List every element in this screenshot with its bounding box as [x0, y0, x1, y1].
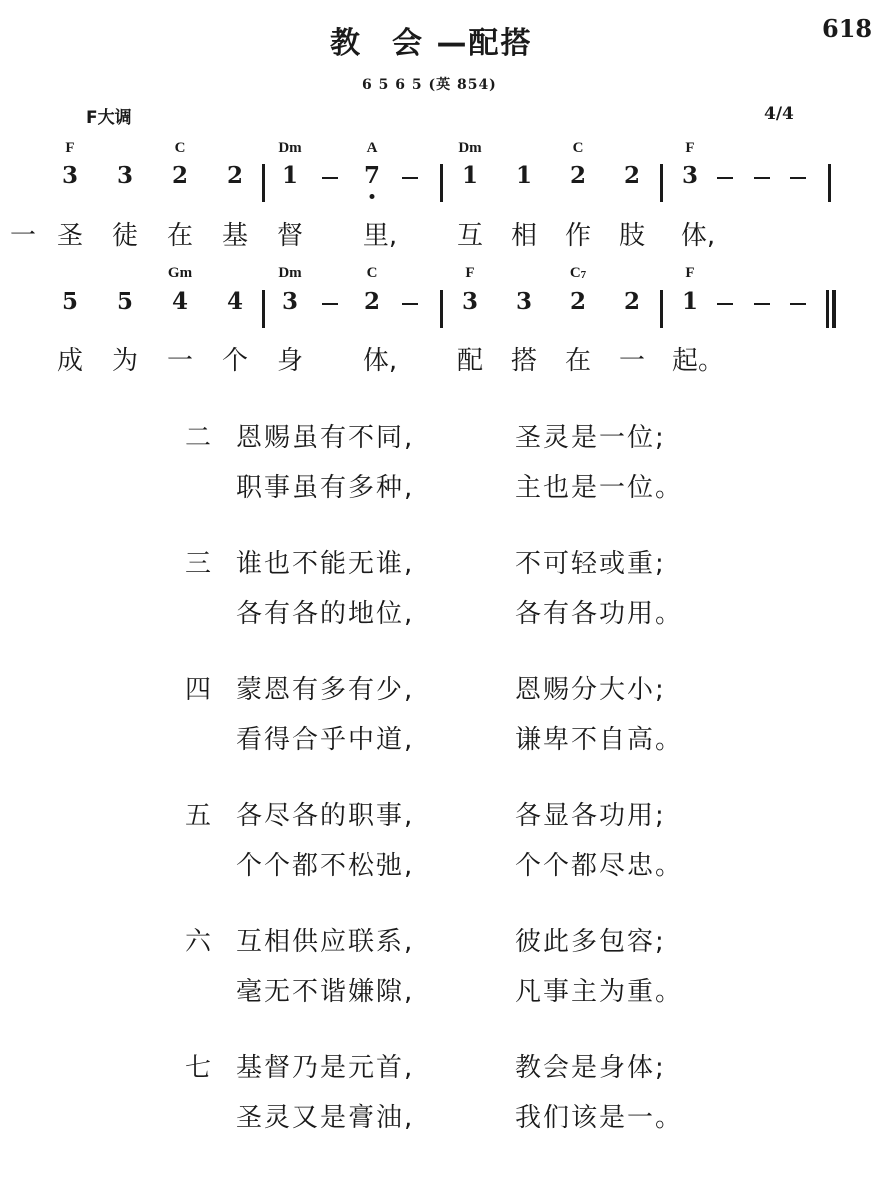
note-digit: 1 [282, 162, 298, 189]
verse-line-1a: 基督乃是元首, [236, 1047, 414, 1084]
chord-symbol: A [367, 140, 378, 157]
verse-number: 四 [185, 669, 213, 706]
verse-line-1b: 各显各功用; [515, 795, 666, 832]
chord-symbol: F [65, 140, 74, 157]
note-digit: 2 [624, 288, 640, 315]
bar-line [828, 164, 831, 202]
key-signature: F大调 [86, 103, 132, 128]
verse-number: 七 [185, 1047, 213, 1084]
lyric-syllable: 在 [167, 215, 193, 252]
note-digit: 2 [172, 162, 188, 189]
lyric-syllable: 在 [565, 340, 591, 377]
verse-number: 三 [185, 543, 213, 580]
hymn-title: 教会 —配搭 [330, 18, 532, 62]
note-digit: 4 [227, 288, 243, 315]
lyric-syllable: 身 [277, 340, 303, 377]
time-signature: 4/4 [764, 104, 794, 124]
bar-line [262, 164, 265, 202]
sustain-dash [322, 177, 338, 179]
bar-line [440, 164, 443, 202]
bar-line [440, 290, 443, 328]
chord-symbol: Dm [278, 140, 301, 157]
lyric-syllable: 互 [457, 215, 483, 252]
verse-line-2a: 毫无不谐嫌隙, [236, 971, 414, 1008]
note-digit: 2 [624, 162, 640, 189]
title-char-2: 会 [392, 26, 424, 61]
note-digit: 2 [227, 162, 243, 189]
sustain-dash [402, 177, 418, 179]
lyric-syllable: 一 [619, 340, 645, 377]
verse-line-1b: 教会是身体; [515, 1047, 666, 1084]
verse-line-1a: 互相供应联系, [236, 921, 414, 958]
note-digit: 3 [282, 288, 298, 315]
chord-symbol: C [175, 140, 186, 157]
verse-line-2a: 个个都不松弛, [236, 845, 414, 882]
verse-line-2b: 个个都尽忠。 [515, 845, 683, 882]
title-separator: — [436, 26, 468, 61]
verse-line-2b: 主也是一位。 [515, 467, 683, 504]
lyric-syllable: 里, [363, 215, 397, 252]
verse-line-2b: 谦卑不自高。 [515, 719, 683, 756]
note-digit: 3 [516, 288, 532, 315]
verse-number: 二 [185, 417, 213, 454]
note-digit: 1 [682, 288, 698, 315]
verse-line-2b: 各有各功用。 [515, 593, 683, 630]
chord-symbol: F [465, 265, 474, 282]
lyric-syllable: 体, [681, 215, 715, 252]
lyric-syllable: 起。 [672, 340, 724, 377]
verse-number: 一 [10, 215, 36, 252]
lyric-syllable: 基 [222, 215, 248, 252]
verse-line-2a: 圣灵又是膏油, [236, 1097, 414, 1134]
note-digit: 3 [682, 162, 698, 189]
verse-line-2a: 职事虽有多种, [236, 467, 414, 504]
verse-line-1a: 谁也不能无谁, [236, 543, 414, 580]
verse-line-2b: 凡事主为重。 [515, 971, 683, 1008]
note-digit: 3 [462, 288, 478, 315]
chord-symbol: C [367, 265, 378, 282]
lower-octave-dot [370, 194, 375, 199]
verse-line-1b: 彼此多包容; [515, 921, 666, 958]
sustain-dash [754, 177, 770, 179]
lyric-syllable: 搭 [511, 340, 537, 377]
verse-line-1a: 各尽各的职事, [236, 795, 414, 832]
lyric-syllable: 个 [222, 340, 248, 377]
lyric-syllable: 体, [363, 340, 397, 377]
verse-line-1b: 恩赐分大小; [515, 669, 666, 706]
lyric-syllable: 相 [511, 215, 537, 252]
verse-line-1b: 圣灵是一位; [515, 417, 666, 454]
note-digit: 1 [516, 162, 532, 189]
bar-line [660, 164, 663, 202]
verse-line-1a: 恩赐虽有不同, [236, 417, 414, 454]
meter-label: 6 5 6 5 (英 854) [362, 74, 497, 94]
chord-symbol: F [685, 265, 694, 282]
bar-line [262, 290, 265, 328]
lyric-syllable: 肢 [619, 215, 645, 252]
sustain-dash [402, 303, 418, 305]
chord-symbol: F [685, 140, 694, 157]
lyric-syllable: 配 [457, 340, 483, 377]
verse-line-1b: 不可轻或重; [515, 543, 666, 580]
sustain-dash [717, 303, 733, 305]
lyric-syllable: 督 [277, 215, 303, 252]
bar-line [660, 290, 663, 328]
title-char-1: 教 [330, 26, 362, 61]
chord-symbol: C7 [570, 265, 586, 282]
note-digit: 2 [570, 288, 586, 315]
chord-symbol: C [573, 140, 584, 157]
note-digit: 5 [117, 288, 133, 315]
verse-line-1a: 蒙恩有多有少, [236, 669, 414, 706]
note-digit: 3 [62, 162, 78, 189]
sustain-dash [322, 303, 338, 305]
verse-line-2a: 各有各的地位, [236, 593, 414, 630]
verse-line-2a: 看得合乎中道, [236, 719, 414, 756]
note-digit: 1 [462, 162, 478, 189]
note-digit: 2 [364, 288, 380, 315]
lyric-syllable: 成 [57, 340, 83, 377]
sustain-dash [790, 177, 806, 179]
lyric-syllable: 徒 [112, 215, 138, 252]
sustain-dash [754, 303, 770, 305]
lyric-syllable: 为 [112, 340, 138, 377]
hymn-number: 618 [822, 14, 872, 43]
verse-number: 六 [185, 921, 213, 958]
lyric-syllable: 作 [565, 215, 591, 252]
note-digit: 4 [172, 288, 188, 315]
final-bar-thin [826, 290, 829, 328]
chord-symbol: Dm [458, 140, 481, 157]
note-digit: 5 [62, 288, 78, 315]
chord-symbol: Dm [278, 265, 301, 282]
title-subtitle: 配搭 [468, 26, 532, 61]
sustain-dash [717, 177, 733, 179]
chord-symbol: Gm [168, 265, 192, 282]
sustain-dash [790, 303, 806, 305]
note-digit: 3 [117, 162, 133, 189]
note-digit: 7 [364, 162, 380, 189]
verse-number: 五 [185, 795, 213, 832]
note-digit: 2 [570, 162, 586, 189]
lyric-syllable: 一 [167, 340, 193, 377]
final-bar-thick [832, 290, 836, 328]
lyric-syllable: 圣 [57, 215, 83, 252]
verse-line-2b: 我们该是一。 [515, 1097, 683, 1134]
